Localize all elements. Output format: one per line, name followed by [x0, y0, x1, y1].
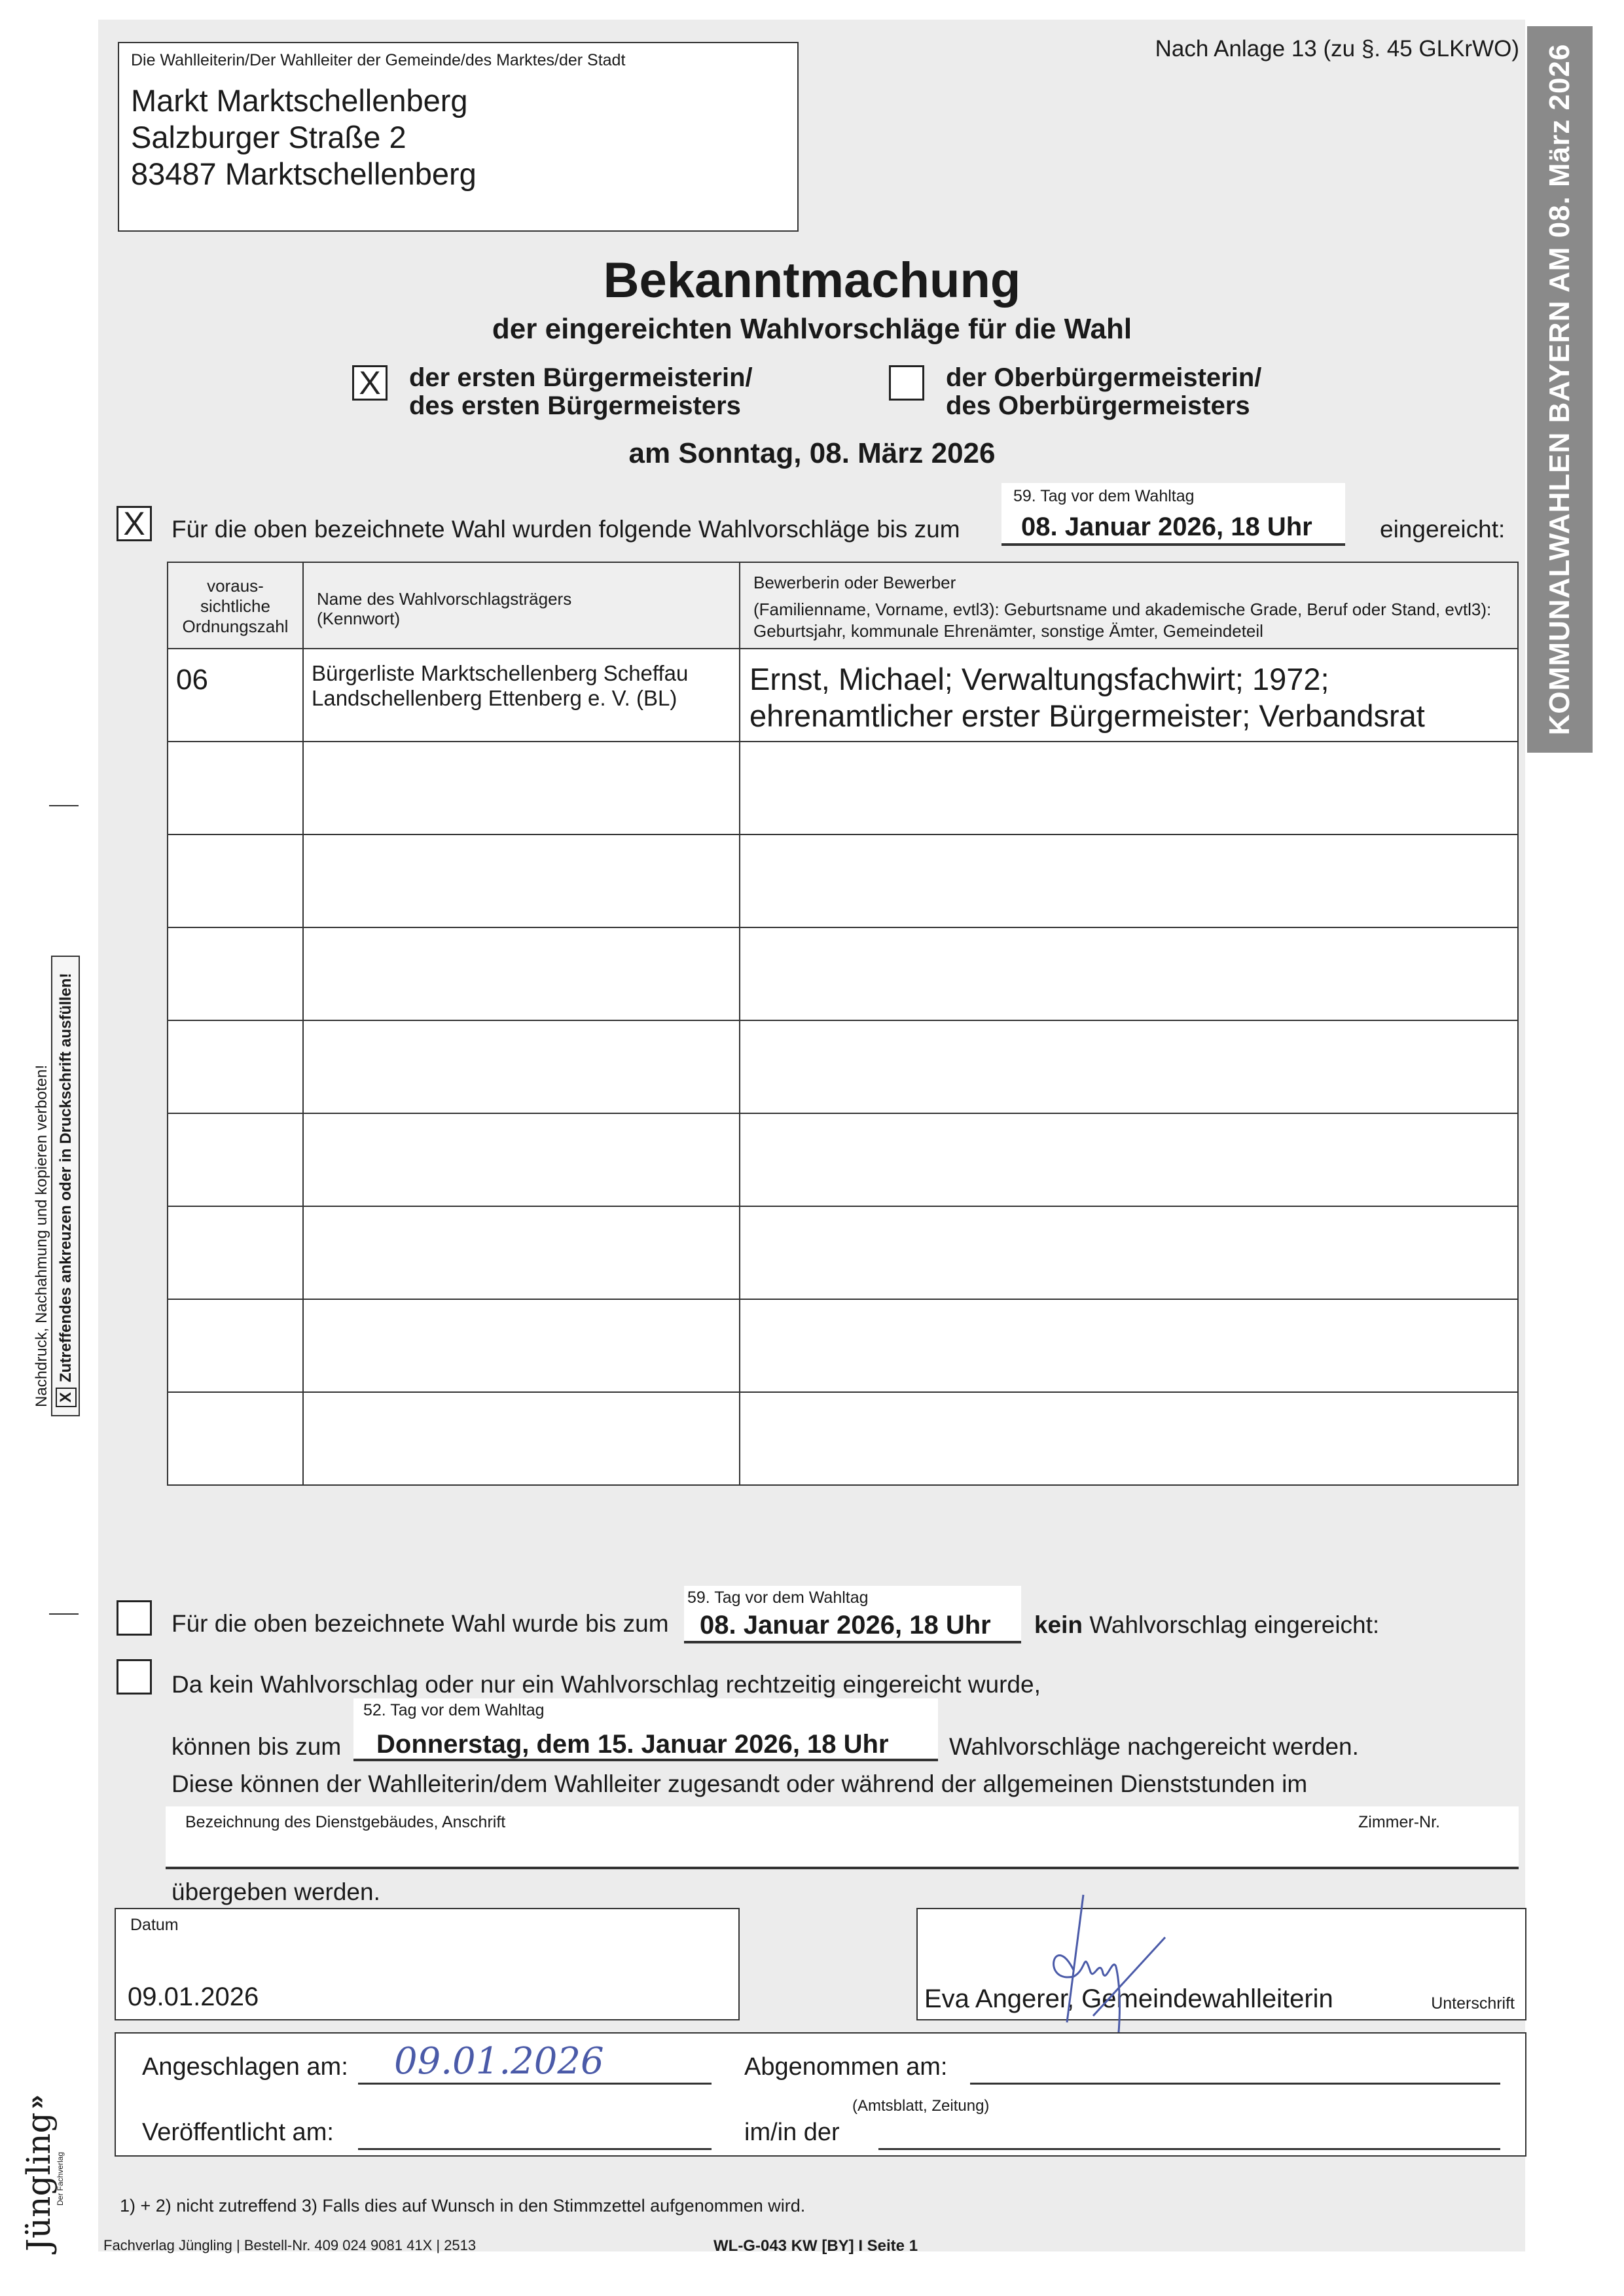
- candidate-cell[interactable]: [740, 1299, 1518, 1392]
- submitted-deadline-value: 08. Januar 2026, 18 Uhr: [1021, 512, 1312, 542]
- option-oberbuergermeister-label: der Oberbürgermeisterin/ des Oberbürgerm…: [946, 364, 1261, 420]
- form-id: WL-G-043 KW [BY] I Seite 1: [713, 2237, 918, 2255]
- publisher-info: Fachverlag Jüngling | Bestell-Nr. 409 02…: [103, 2237, 476, 2254]
- margin-notes: Nachdruck, Nachahmung und kopieren verbo…: [13, 956, 85, 1414]
- submitted-text-after: eingereicht:: [1380, 516, 1505, 543]
- candidate-cell[interactable]: [740, 834, 1518, 927]
- table-row: [168, 1113, 1518, 1206]
- ordnungszahl-cell[interactable]: [168, 1113, 303, 1206]
- authority-street: Salzburger Straße 2: [131, 119, 477, 156]
- candidate-cell[interactable]: [740, 1020, 1518, 1113]
- ordnungszahl-cell[interactable]: [168, 742, 303, 834]
- logo-arrow-icon: »: [22, 2095, 50, 2109]
- published-label: Veröffentlicht am:: [142, 2119, 334, 2147]
- header-candidate: Bewerberin oder Bewerber(Familienname, V…: [740, 562, 1518, 649]
- carrier-cell[interactable]: [303, 1392, 740, 1485]
- side-band-text: KOMMUNALWAHLEN BAYERN AM 08. März 2026: [1543, 44, 1576, 736]
- table-header-row: voraus-sichtlicheOrdnungszahl Name des W…: [168, 562, 1518, 649]
- logo-tagline: Der Fachverlag: [56, 2152, 65, 2206]
- candidate-cell[interactable]: [740, 927, 1518, 1020]
- table-row: [168, 1020, 1518, 1113]
- candidate-cell[interactable]: Ernst, Michael; Verwaltungsfachwirt; 197…: [740, 649, 1518, 742]
- option-oberbuergermeister-checkbox[interactable]: [889, 365, 924, 401]
- copyright-note: Nachdruck, Nachahmung und kopieren verbo…: [33, 1065, 51, 1407]
- late-prefix: können bis zum: [171, 1733, 341, 1761]
- authority-name: Markt Marktschellenberg: [131, 82, 477, 119]
- in-caption: (Amtsblatt, Zeitung): [852, 2097, 989, 2115]
- late-closing: übergeben werden.: [171, 1878, 380, 1906]
- election-side-band: KOMMUNALWAHLEN BAYERN AM 08. März 2026: [1527, 26, 1593, 753]
- late-submission-checkbox[interactable]: [117, 1659, 152, 1695]
- carrier-cell[interactable]: [303, 742, 740, 834]
- table-row: [168, 1206, 1518, 1299]
- late-line3: Diese können der Wahlleiterin/dem Wahlle…: [171, 1770, 1307, 1798]
- instruction-x-icon: X: [56, 1388, 77, 1407]
- posted-value: 09.01.2026: [394, 2040, 604, 2083]
- room-caption: Zimmer-Nr.: [1358, 1813, 1440, 1832]
- submitted-deadline-field[interactable]: 59. Tag vor dem Wahltag 08. Januar 2026,…: [1001, 483, 1345, 546]
- ordnungszahl-cell[interactable]: [168, 1206, 303, 1299]
- carrier-cell[interactable]: Bürgerliste Marktschellenberg ScheffauLa…: [303, 649, 740, 742]
- proposals-table: voraus-sichtlicheOrdnungszahl Name des W…: [167, 562, 1519, 1486]
- posting-box: Angeschlagen am: 09.01.2026 Abgenommen a…: [115, 2032, 1526, 2157]
- in-field[interactable]: [878, 2119, 1500, 2150]
- date-caption: Datum: [130, 1916, 179, 1935]
- option-buergermeister-label: der ersten Bürgermeisterin/ des ersten B…: [409, 364, 753, 420]
- authority-city: 83487 Marktschellenberg: [131, 156, 477, 192]
- election-date: am Sonntag, 08. März 2026: [0, 437, 1624, 470]
- logo-text: Jüngling: [20, 2112, 58, 2251]
- building-address-field[interactable]: Bezeichnung des Dienstgebäudes, Anschrif…: [166, 1806, 1519, 1869]
- document-title: Bekanntmachung: [0, 252, 1624, 309]
- margin-fold-mark: [49, 1613, 79, 1615]
- carrier-cell[interactable]: [303, 834, 740, 927]
- candidate-cell[interactable]: [740, 1392, 1518, 1485]
- removed-field[interactable]: [970, 2053, 1500, 2085]
- submitted-checkbox[interactable]: X: [117, 506, 152, 541]
- late-line1: Da kein Wahlvorschlag oder nur ein Wahlv…: [171, 1671, 1041, 1698]
- none-deadline-caption: 59. Tag vor dem Wahltag: [687, 1588, 869, 1607]
- late-deadline-caption: 52. Tag vor dem Wahltag: [363, 1701, 545, 1720]
- posted-field[interactable]: 09.01.2026: [358, 2040, 712, 2085]
- published-field[interactable]: [358, 2119, 712, 2150]
- candidate-cell[interactable]: [740, 742, 1518, 834]
- document-subtitle: der eingereichten Wahlvorschläge für die…: [0, 313, 1624, 346]
- submitted-text: Für die oben bezeichnete Wahl wurden fol…: [171, 516, 960, 543]
- ordnungszahl-cell[interactable]: [168, 834, 303, 927]
- none-submitted-text: Für die oben bezeichnete Wahl wurde bis …: [171, 1610, 669, 1638]
- table-row: [168, 1392, 1518, 1485]
- candidate-cell[interactable]: [740, 1113, 1518, 1206]
- building-caption: Bezeichnung des Dienstgebäudes, Anschrif…: [185, 1813, 505, 1832]
- posted-label: Angeschlagen am:: [142, 2053, 348, 2081]
- ordnungszahl-cell[interactable]: [168, 1299, 303, 1392]
- authority-label: Die Wahlleiterin/Der Wahlleiter der Geme…: [131, 51, 625, 70]
- carrier-cell[interactable]: [303, 1113, 740, 1206]
- ordnungszahl-cell[interactable]: [168, 1392, 303, 1485]
- table-row: 06Bürgerliste Marktschellenberg Scheffau…: [168, 649, 1518, 742]
- submitted-deadline-caption: 59. Tag vor dem Wahltag: [1013, 487, 1195, 506]
- ordnungszahl-cell[interactable]: 06: [168, 649, 303, 742]
- late-suffix: Wahlvorschläge nachgereicht werden.: [949, 1733, 1359, 1761]
- late-deadline-field[interactable]: 52. Tag vor dem Wahltag Donnerstag, dem …: [353, 1698, 938, 1761]
- candidate-cell[interactable]: [740, 1206, 1518, 1299]
- ordnungszahl-cell[interactable]: [168, 1020, 303, 1113]
- table-row: [168, 742, 1518, 834]
- removed-label: Abgenommen am:: [744, 2053, 948, 2081]
- late-deadline-value: Donnerstag, dem 15. Januar 2026, 18 Uhr: [376, 1730, 889, 1759]
- table-row: [168, 1299, 1518, 1392]
- header-carrier: Name des Wahlvorschlagsträgers(Kennwort): [303, 562, 740, 649]
- header-ordnungszahl: voraus-sichtlicheOrdnungszahl: [168, 562, 303, 649]
- table-row: [168, 834, 1518, 927]
- footnote: 1) + 2) nicht zutreffend 3) Falls dies a…: [120, 2196, 805, 2216]
- option-buergermeister-checkbox[interactable]: X: [352, 365, 388, 401]
- instruction-note: XZutreffendes ankreuzen oder in Drucksch…: [56, 973, 77, 1407]
- date-value: 09.01.2026: [128, 1982, 259, 2012]
- in-label: im/in der: [744, 2119, 840, 2147]
- none-submitted-checkbox[interactable]: [117, 1600, 152, 1636]
- margin-fold-mark: [49, 805, 79, 806]
- none-submitted-deadline-field[interactable]: 59. Tag vor dem Wahltag 08. Januar 2026,…: [684, 1586, 1021, 1643]
- carrier-cell[interactable]: [303, 927, 740, 1020]
- none-submitted-text-after: kein Wahlvorschlag eingereicht:: [1034, 1611, 1379, 1639]
- carrier-cell[interactable]: [303, 1206, 740, 1299]
- authority-address-box: Die Wahlleiterin/Der Wahlleiter der Geme…: [118, 42, 799, 232]
- carrier-cell[interactable]: [303, 1299, 740, 1392]
- signature-caption: Unterschrift: [1431, 1994, 1515, 2013]
- ordnungszahl-cell[interactable]: [168, 927, 303, 1020]
- table-row: [168, 927, 1518, 1020]
- none-deadline-value: 08. Januar 2026, 18 Uhr: [700, 1611, 991, 1640]
- legal-reference: Nach Anlage 13 (zu §. 45 GLKrWO): [1155, 36, 1519, 62]
- carrier-cell[interactable]: [303, 1020, 740, 1113]
- date-box[interactable]: Datum 09.01.2026: [115, 1908, 740, 2020]
